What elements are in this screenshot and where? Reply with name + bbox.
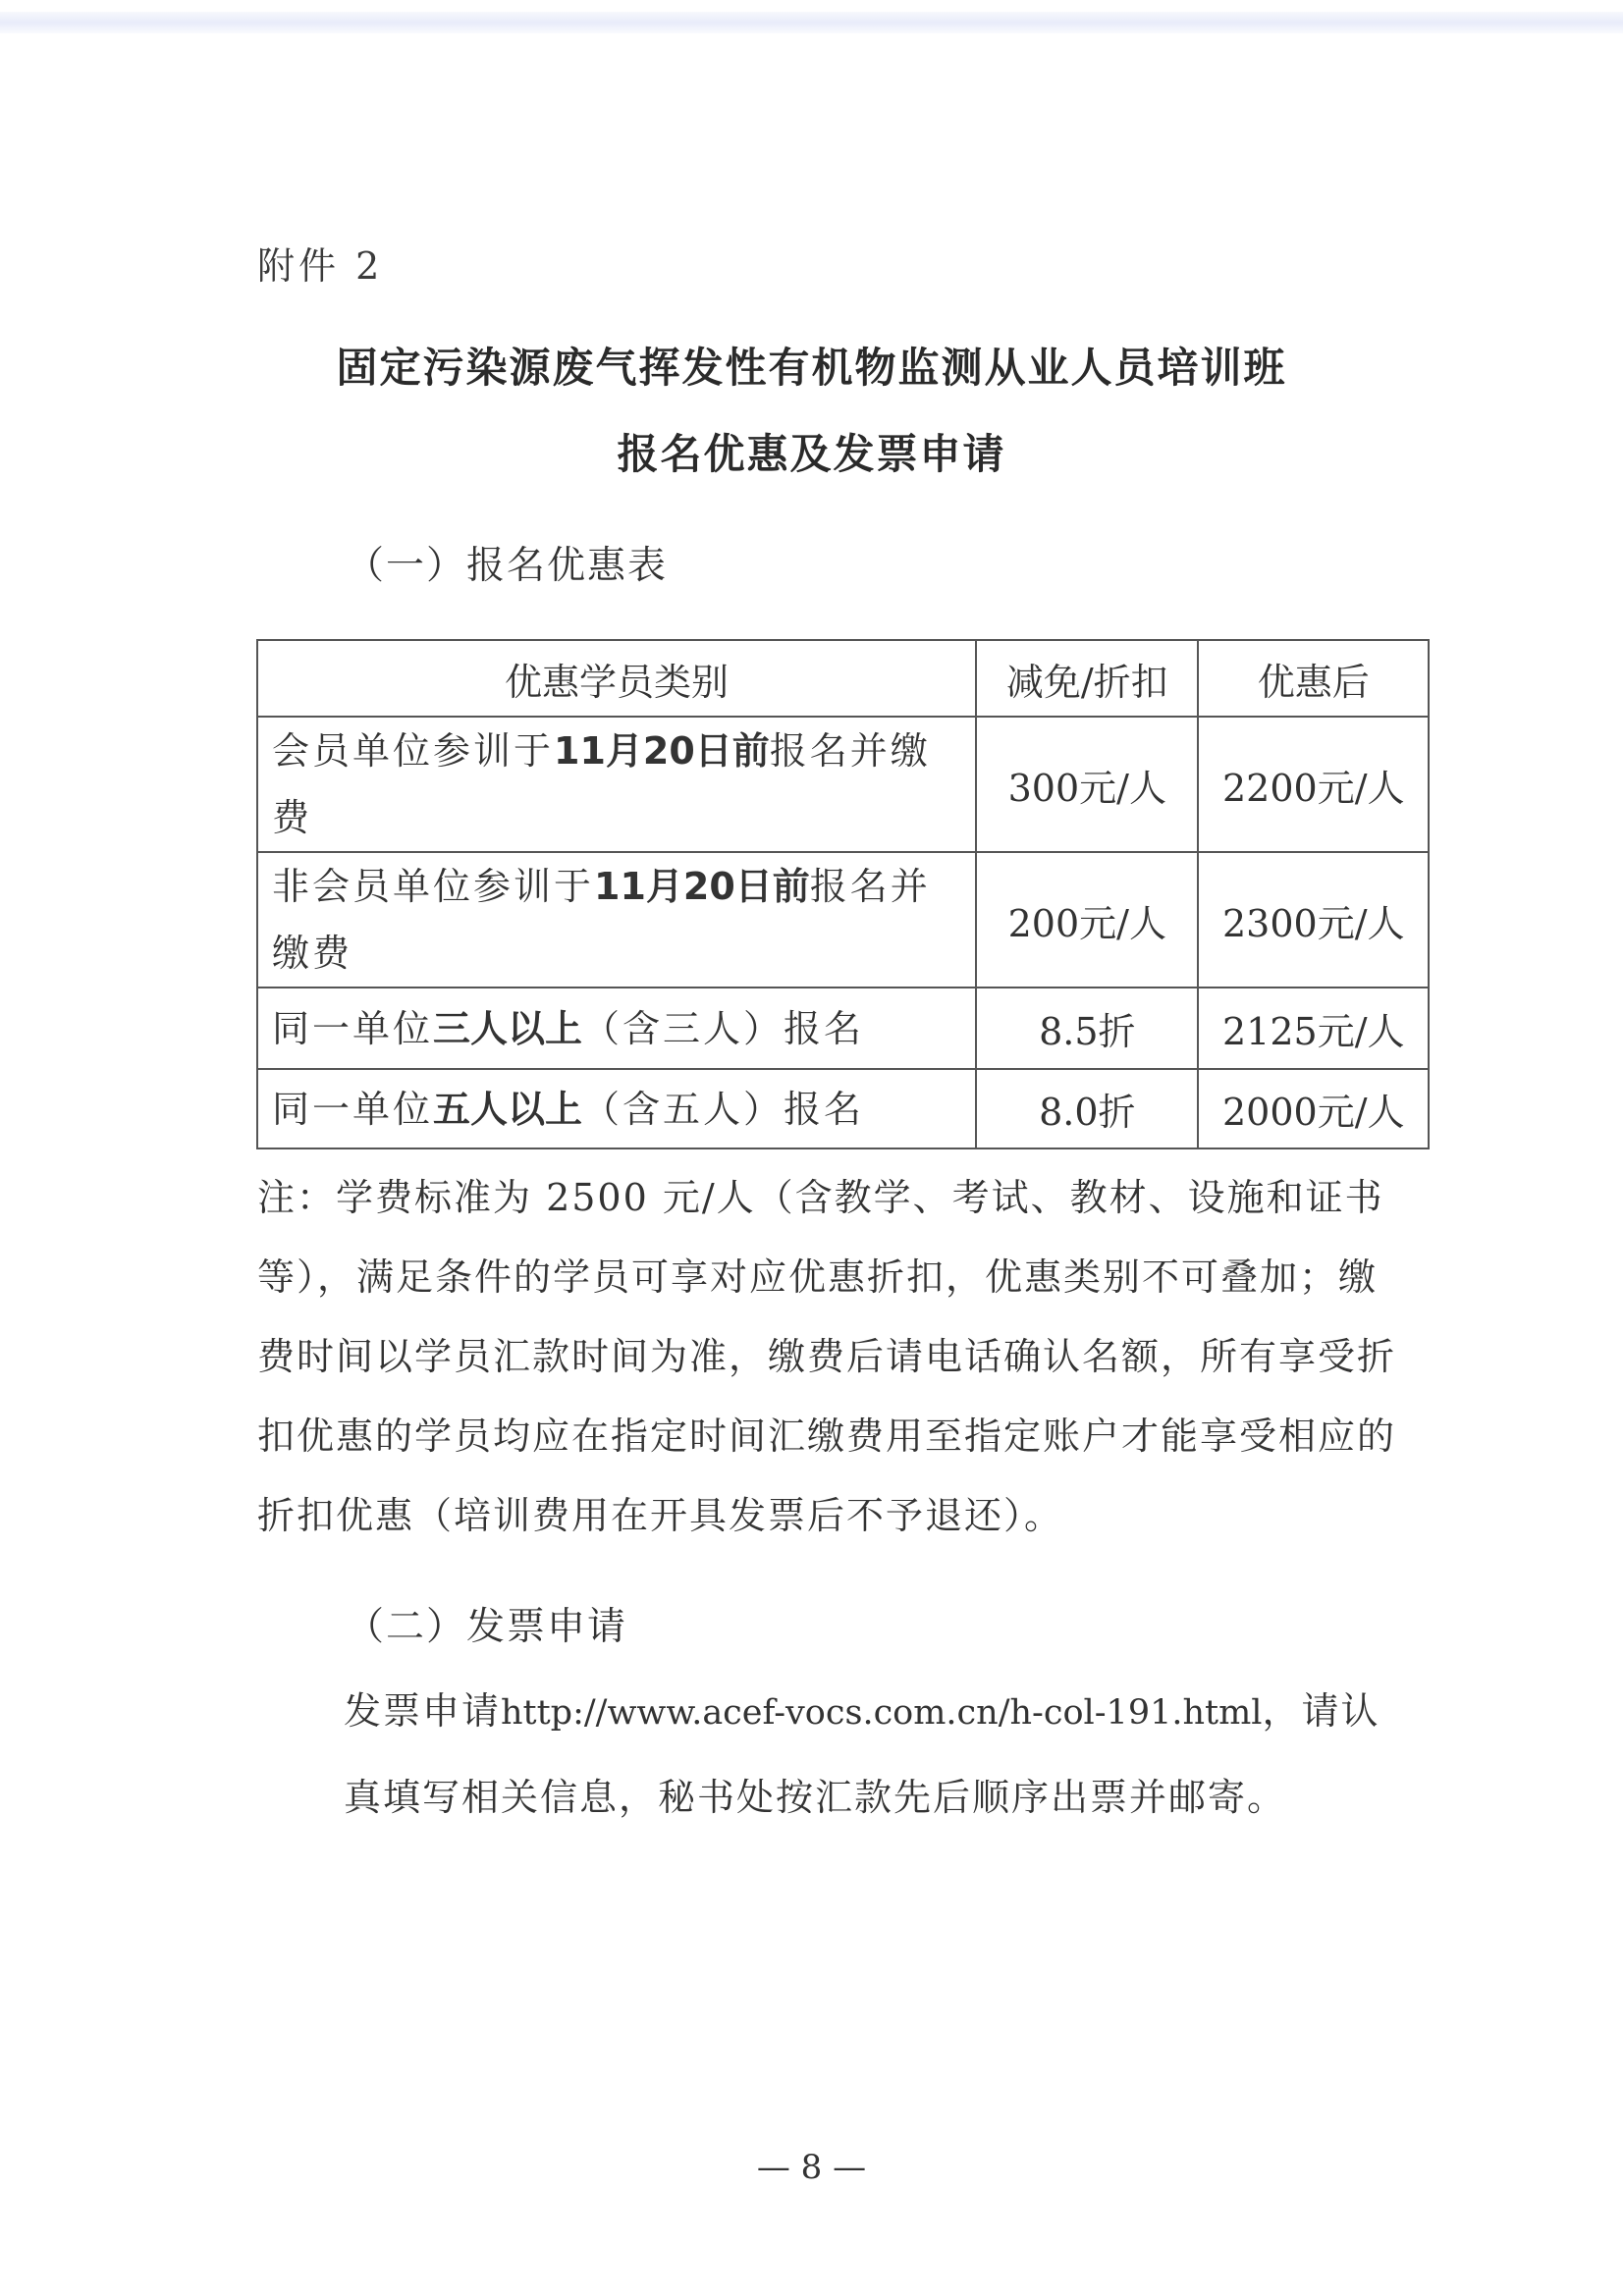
column-header-discount: 减免/折扣 xyxy=(976,640,1198,717)
category-bold-text: 三人以上 xyxy=(433,1007,582,1050)
price-after-cell: 2000元/人 xyxy=(1198,1069,1429,1148)
fee-note-text: 注：学费标准为 2500 元/人（含教学、考试、教材、设施和证书等），满足条件的… xyxy=(257,1158,1406,1556)
invoice-url-link[interactable]: http://www.acef-vocs.com.cn/h-col-191.ht… xyxy=(501,1693,1262,1733)
category-text: 会员单位参训于 xyxy=(272,729,554,773)
category-cell: 会员单位参训于11月20日前报名并缴费 xyxy=(257,717,976,852)
fee-note: 注：学费标准为 2500 元/人（含教学、考试、教材、设施和证书等），满足条件的… xyxy=(257,1158,1406,1556)
document-title-line2: 报名优惠及发票申请 xyxy=(0,422,1623,481)
invoice-paragraph: 发票申请http://www.acef-vocs.com.cn/h-col-19… xyxy=(257,1669,1406,1840)
invoice-instructions: 发票申请http://www.acef-vocs.com.cn/h-col-19… xyxy=(257,1669,1406,1840)
category-bold-text: 11月20日前 xyxy=(554,729,770,773)
discount-cell: 300元/人 xyxy=(976,717,1198,852)
price-after-cell: 2125元/人 xyxy=(1198,988,1429,1069)
section2-heading: （二）发票申请 xyxy=(346,1596,627,1651)
category-cell: 非会员单位参训于11月20日前报名并缴费 xyxy=(257,852,976,988)
discount-cell: 8.0折 xyxy=(976,1069,1198,1148)
attachment-label: 附件 2 xyxy=(257,236,383,290)
discount-cell: 8.5折 xyxy=(976,988,1198,1069)
table-row: 会员单位参训于11月20日前报名并缴费 300元/人 2200元/人 xyxy=(257,717,1429,852)
category-bold-text: 11月20日前 xyxy=(594,865,810,908)
document-title-line1: 固定污染源废气挥发性有机物监测从业人员培训班 xyxy=(0,336,1623,395)
price-after-cell: 2200元/人 xyxy=(1198,717,1429,852)
column-header-category: 优惠学员类别 xyxy=(257,640,976,717)
category-text: 同一单位 xyxy=(272,1088,433,1131)
section1-heading: （一）报名优惠表 xyxy=(346,535,668,590)
discount-table: 优惠学员类别 减免/折扣 优惠后 会员单位参训于11月20日前报名并缴费 300… xyxy=(256,639,1430,1149)
scan-artifact-bar xyxy=(0,12,1623,33)
category-cell: 同一单位三人以上（含三人）报名 xyxy=(257,988,976,1069)
column-header-price-after: 优惠后 xyxy=(1198,640,1429,717)
table-row: 非会员单位参训于11月20日前报名并缴费 200元/人 2300元/人 xyxy=(257,852,1429,988)
table-row: 同一单位三人以上（含三人）报名 8.5折 2125元/人 xyxy=(257,988,1429,1069)
discount-cell: 200元/人 xyxy=(976,852,1198,988)
page-number: — 8 — xyxy=(0,2148,1623,2187)
category-text: 同一单位 xyxy=(272,1007,433,1050)
category-text: （含三人）报名 xyxy=(582,1007,864,1050)
category-text: 非会员单位参训于 xyxy=(272,865,594,908)
category-text: （含五人）报名 xyxy=(582,1088,864,1131)
price-after-cell: 2300元/人 xyxy=(1198,852,1429,988)
table-header-row: 优惠学员类别 减免/折扣 优惠后 xyxy=(257,640,1429,717)
table-row: 同一单位五人以上（含五人）报名 8.0折 2000元/人 xyxy=(257,1069,1429,1148)
category-bold-text: 五人以上 xyxy=(433,1088,582,1131)
invoice-text-prefix: 发票申请 xyxy=(344,1689,501,1733)
category-cell: 同一单位五人以上（含五人）报名 xyxy=(257,1069,976,1148)
